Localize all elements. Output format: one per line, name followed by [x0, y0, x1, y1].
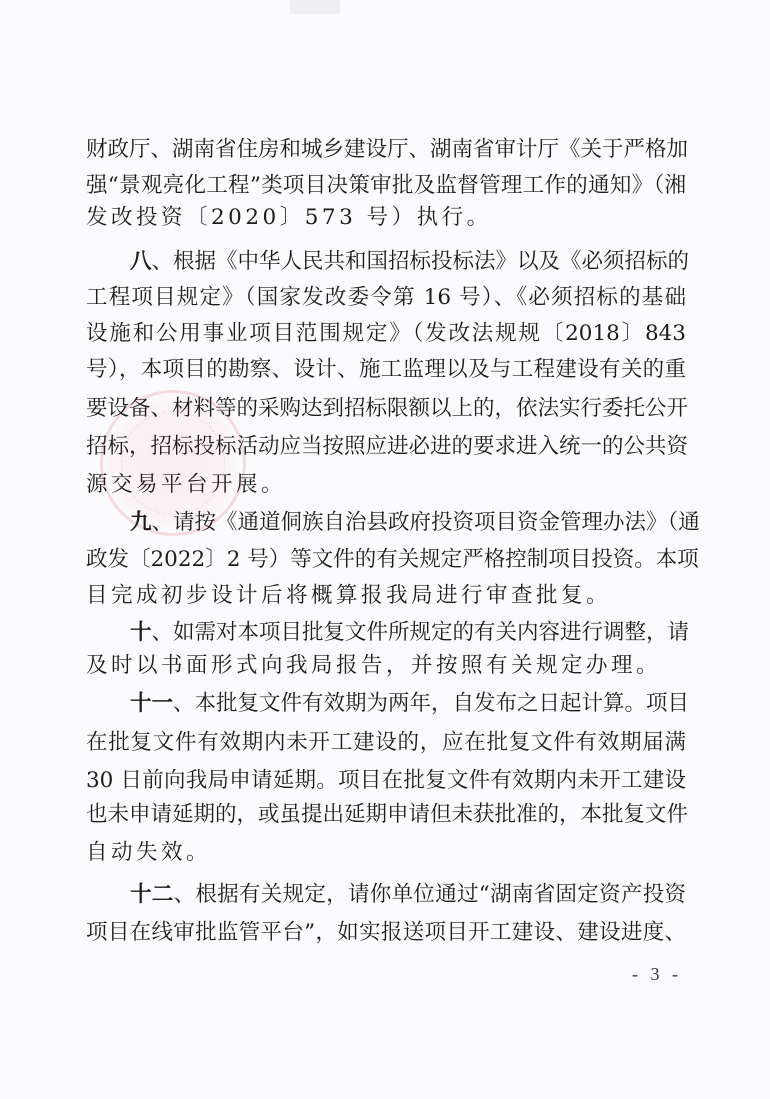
text-line: 在批复文件有效期内未开工建设的，应在批复文件有效期届满 [86, 729, 686, 757]
line-text: 要设备、材料等的采购达到招标限额以上的，依法实行委托公开 [86, 396, 688, 421]
line-text: 、根据有关规定，请你单位通过“湖南省固定资产投资 [174, 882, 686, 907]
line-text: 、根据《中华人民共和国招标投标法》以及《必须招标的 [152, 249, 690, 274]
line-text: 自动失效。 [86, 840, 211, 865]
line-text: 目完成初步设计后将概算报我局进行审查批复。 [86, 583, 611, 608]
text-line: 财政厅、湖南省住房和城乡建设厅、湖南省审计厅《关于严格加 [86, 136, 686, 164]
line-text: 、本批复文件有效期为两年，自发布之日起计算。项目 [173, 691, 689, 716]
text-line: 强“景观亮化工程”类项目决策审批及监督管理工作的通知》（湘 [86, 172, 686, 200]
text-line: 发改投资〔2020〕573 号）执行。 [86, 204, 686, 232]
text-line: 招标，招标投标活动应当按照应进必进的要求进入统一的公共资 [86, 433, 686, 461]
document-page: 财政厅、湖南省住房和城乡建设厅、湖南省审计厅《关于严格加强“景观亮化工程”类项目… [0, 0, 770, 1099]
line-text: 在批复文件有效期内未开工建设的，应在批复文件有效期届满 [86, 730, 686, 755]
line-text: 强“景观亮化工程”类项目决策审批及监督管理工作的通知》（湘 [86, 173, 686, 198]
text-line: 号），本项目的勘察、设计、施工监理以及与工程建设有关的重 [86, 356, 686, 384]
clause-number: 十一 [130, 691, 173, 716]
text-line: 项目在线审批监管平台”，如实报送项目开工建设、建设进度、 [86, 919, 686, 947]
clause-number: 十 [130, 620, 152, 645]
text-line: 政发〔2022〕2 号）等文件的有关规定严格控制项目投资。本项 [86, 546, 686, 574]
clause-number: 八 [130, 249, 152, 274]
line-text: 也未申请延期的，或虽提出延期申请但未获批准的，本批复文件 [86, 802, 688, 827]
text-line: 八、根据《中华人民共和国招标投标法》以及《必须招标的 [130, 248, 686, 276]
line-text: 号），本项目的勘察、设计、施工监理以及与工程建设有关的重 [86, 357, 686, 382]
text-line: 十、如需对本项目批复文件所规定的有关内容进行调整，请 [130, 619, 686, 647]
page-number: - 3 - [632, 964, 682, 985]
line-text: 设施和公用事业项目范围规定》（发改法规规〔2018〕843 [86, 321, 686, 346]
clause-number: 十二 [130, 882, 174, 907]
text-line: 30 日前向我局申请延期。项目在批复文件有效期内未开工建设 [86, 767, 686, 795]
line-text: 源交易平台开展。 [86, 472, 286, 497]
line-text: 工程项目规定》（国家发改委令第 16 号）、《必须招标的基础 [86, 285, 686, 310]
line-text: 项目在线审批监管平台”，如实报送项目开工建设、建设进度、 [86, 920, 686, 945]
text-line: 自动失效。 [86, 839, 686, 867]
clause-number: 九 [130, 510, 152, 535]
text-line: 源交易平台开展。 [86, 471, 686, 499]
text-line: 十一、本批复文件有效期为两年，自发布之日起计算。项目 [130, 690, 686, 718]
line-text: 30 日前向我局申请延期。项目在批复文件有效期内未开工建设 [86, 768, 686, 793]
line-text: 、请按《通道侗族自治县政府投资项目资金管理办法》（通 [152, 510, 700, 535]
text-line: 九、请按《通道侗族自治县政府投资项目资金管理办法》（通 [130, 509, 686, 537]
text-line: 十二、根据有关规定，请你单位通过“湖南省固定资产投资 [130, 881, 686, 909]
line-text: 财政厅、湖南省住房和城乡建设厅、湖南省审计厅《关于严格加 [86, 137, 688, 162]
line-text: 、如需对本项目批复文件所规定的有关内容进行调整，请 [152, 620, 690, 645]
line-text: 发改投资〔2020〕573 号）执行。 [86, 205, 492, 230]
line-text: 政发〔2022〕2 号）等文件的有关规定严格控制项目投资。本项 [86, 547, 699, 572]
text-line: 也未申请延期的，或虽提出延期申请但未获批准的，本批复文件 [86, 801, 686, 829]
line-text: 及时以书面形式向我局报告，并按照有关规定办理。 [86, 653, 661, 678]
text-line: 目完成初步设计后将概算报我局进行审查批复。 [86, 582, 686, 610]
scan-artifact [290, 0, 340, 14]
line-text: 招标，招标投标活动应当按照应进必进的要求进入统一的公共资 [86, 434, 688, 459]
text-line: 工程项目规定》（国家发改委令第 16 号）、《必须招标的基础 [86, 284, 686, 312]
text-line: 及时以书面形式向我局报告，并按照有关规定办理。 [86, 652, 686, 680]
text-line: 要设备、材料等的采购达到招标限额以上的，依法实行委托公开 [86, 395, 686, 423]
text-line: 设施和公用事业项目范围规定》（发改法规规〔2018〕843 [86, 320, 686, 348]
